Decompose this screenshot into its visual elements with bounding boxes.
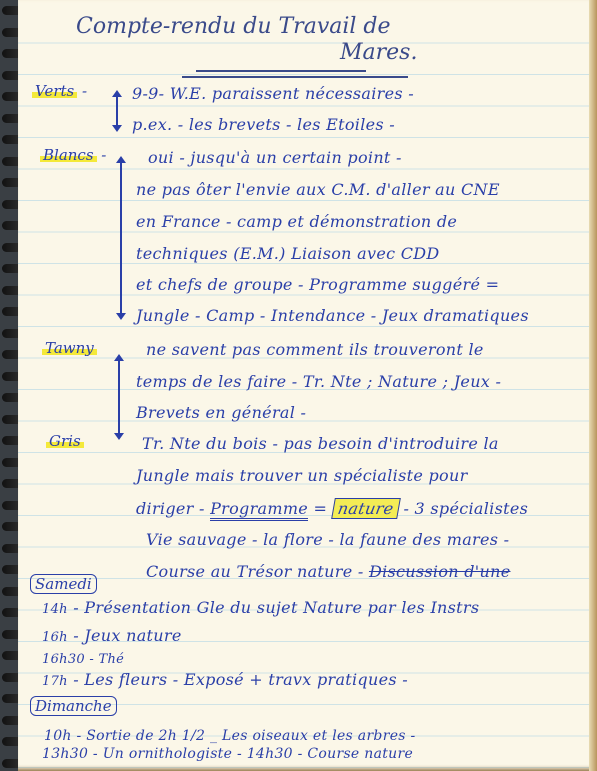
gris-line-2: Jungle mais trouver un spécialiste pour <box>136 466 468 485</box>
bracket-arrow-icon <box>118 356 120 438</box>
section-label-verts: Verts - <box>32 82 87 100</box>
blancs-line-4: techniques (E.M.) Liaison avec CDD <box>136 244 440 263</box>
tawny-line-3: Brevets en général - <box>136 403 306 422</box>
saturday-item: 17h - Les fleurs - Exposé + travx pratiq… <box>42 670 408 689</box>
saturday-item: 16h - Jeux nature <box>42 626 182 645</box>
verts-line-1: 9-9- W.E. paraissent nécessaires - <box>132 84 414 103</box>
page-title-line1: Compte-rendu du Travail de <box>76 14 391 39</box>
section-label-blancs: Blancs - <box>40 146 106 164</box>
page-title-line2: Mares. <box>340 40 417 65</box>
gris-line-3: diriger - Programme = nature - 3 spécial… <box>136 498 528 519</box>
title-underline-2 <box>182 76 408 78</box>
blancs-line-1: oui - jusqu'à un certain point - <box>148 148 402 167</box>
title-underline <box>196 70 366 72</box>
bracket-arrow-icon <box>116 92 118 130</box>
day-label-samedi: Samedi <box>30 574 97 594</box>
saturday-item: 16h30 - Thé <box>42 652 124 667</box>
tawny-line-2: temps de les faire - Tr. Nte ; Nature ; … <box>136 372 501 391</box>
struck-text: Discussion d'une <box>369 562 511 581</box>
gris-line-4: Vie sauvage - la flore - la faune des ma… <box>146 530 509 549</box>
blancs-line-5: et chefs de groupe - Programme suggéré = <box>136 275 499 294</box>
blancs-line-6: Jungle - Camp - Intendance - Jeux dramat… <box>136 306 529 325</box>
blancs-line-3: en France - camp et démonstration de <box>136 212 457 231</box>
sunday-item: 13h30 - Un ornithologiste - 14h30 - Cour… <box>42 746 413 762</box>
day-label-dimanche: Dimanche <box>30 696 117 716</box>
verts-line-2: p.ex. - les brevets - les Etoiles - <box>132 115 395 134</box>
tawny-line-1: ne savent pas comment ils trouveront le <box>146 340 484 359</box>
gris-line-5: Course au Trésor nature - Discussion d'u… <box>146 562 510 581</box>
page-edge <box>589 0 597 771</box>
section-label-gris: Gris <box>46 432 84 450</box>
saturday-item: 14h - Présentation Gle du sujet Nature p… <box>42 598 479 617</box>
blancs-line-2: ne pas ôter l'envie aux C.M. d'aller au … <box>136 180 500 199</box>
notebook-page: Compte-rendu du Travail de Mares. Verts … <box>18 0 597 771</box>
section-label-tawny: Tawny <box>42 339 97 357</box>
bracket-arrow-icon <box>120 158 122 318</box>
gris-line-1: Tr. Nte du bois - pas besoin d'introduir… <box>142 434 499 453</box>
nature-highlight: nature <box>331 498 400 519</box>
programme-word: Programme <box>210 499 308 521</box>
sunday-item: 10h - Sortie de 2h 1/2 _ Les oiseaux et … <box>44 728 416 744</box>
